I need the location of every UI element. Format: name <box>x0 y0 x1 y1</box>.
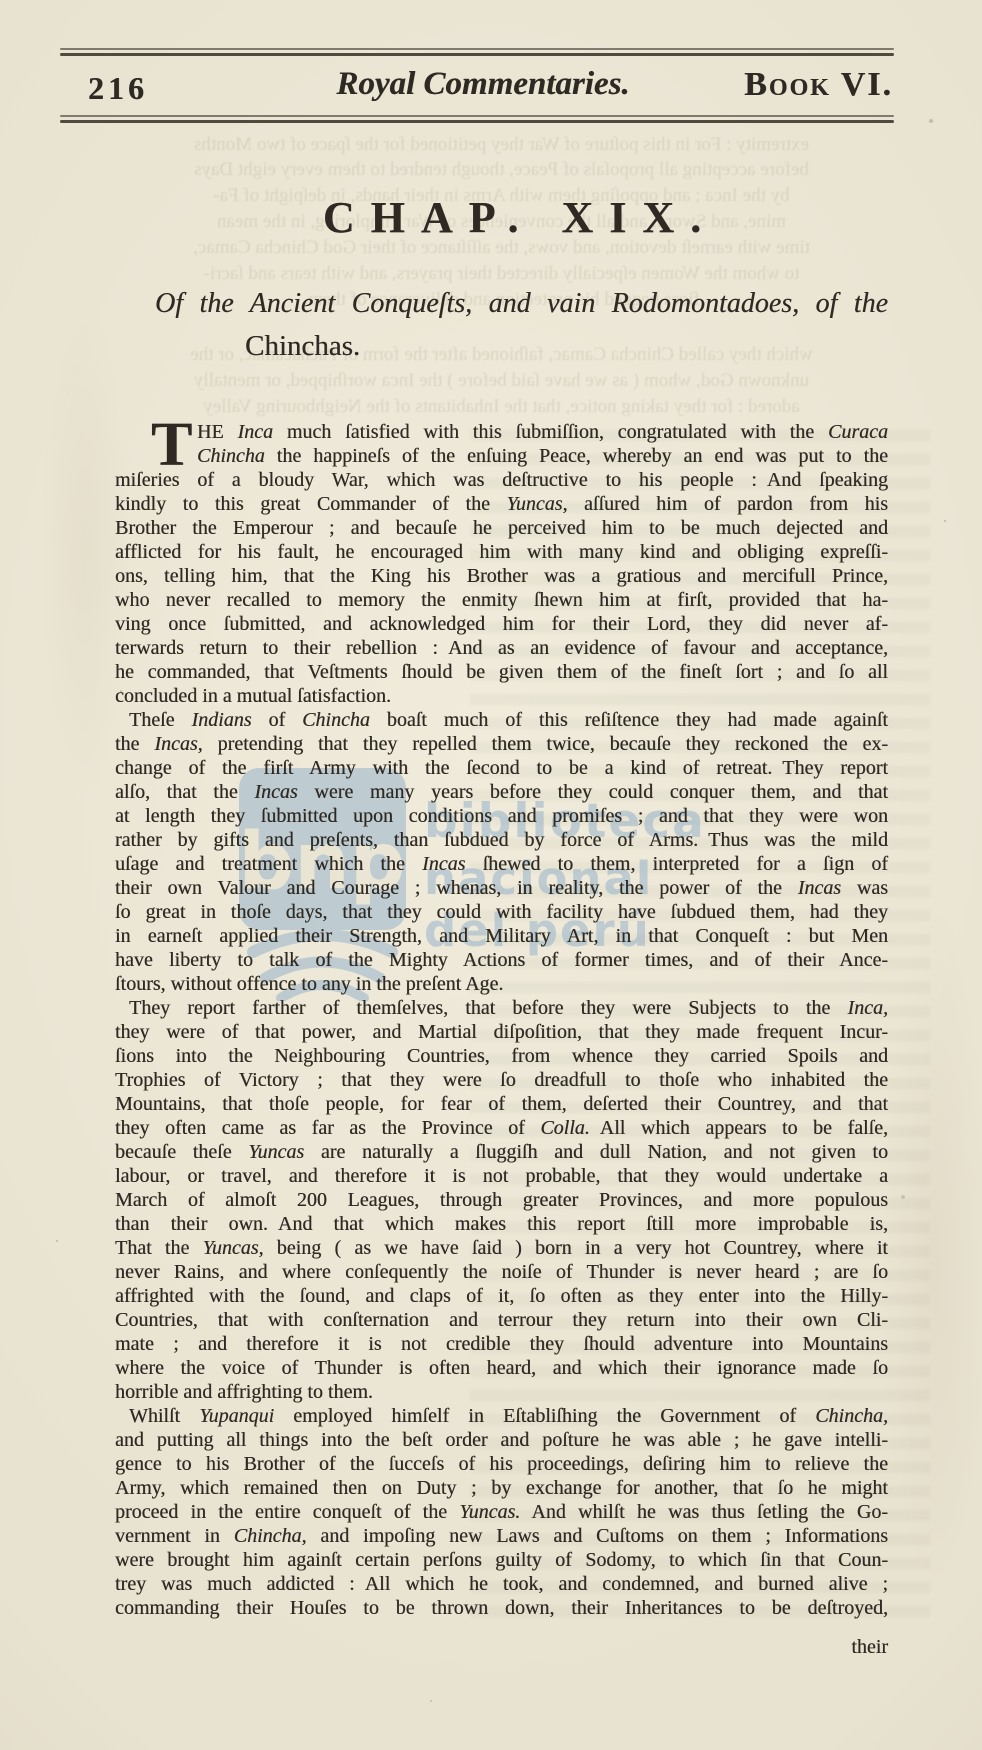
roman-text: Trophies of Victory ; that they were ſo … <box>115 1069 888 1091</box>
roman-text: was <box>841 877 888 899</box>
text-line: their own Valour and Courage ; whenas, i… <box>115 876 888 900</box>
text-line: vernment in Chincha, and impoſing new La… <box>115 1524 888 1548</box>
roman-text: ſhewed to them, interpreted for a ſign o… <box>465 853 888 875</box>
text-line: That the Yuncas, being ( as we have ſaid… <box>115 1236 888 1260</box>
text-line: ſions into the Neighbouring Countries, f… <box>115 1044 888 1068</box>
paper-specks <box>0 0 2 2</box>
chapter-title-line2: Chinchas. <box>115 330 360 363</box>
text-line: kindly to this great Commander of the Yu… <box>115 492 888 516</box>
text-line: Theſe Indians of Chincha boaſt much of t… <box>115 708 888 732</box>
roman-text: HE <box>197 421 238 443</box>
roman-text: gence to his Brother of the ſucceſs of h… <box>115 1453 888 1475</box>
italic-text: Indians <box>192 709 252 731</box>
roman-text: alſo, that the <box>115 781 254 803</box>
roman-text: have liberty to talk of the Mighty Actio… <box>115 949 888 971</box>
text-line: the Incas, pretending that they repelled… <box>115 732 888 756</box>
roman-text: pretending that they repelled them twice… <box>203 733 888 755</box>
italic-text: Chincha, <box>234 1525 307 1547</box>
roman-text: Mountains, that thoſe people, for fear o… <box>115 1093 888 1115</box>
text-line: alſo, that the Incas were many years bef… <box>115 780 888 804</box>
italic-text: Chincha <box>302 709 370 731</box>
roman-text: March of almoſt 200 Leagues, through gre… <box>115 1189 888 1211</box>
text-line: trey was much addicted : All which he to… <box>115 1572 888 1596</box>
roman-text: much ſatisfied with this ſubmiſſion, con… <box>273 421 828 443</box>
text-line: have liberty to talk of the Mighty Actio… <box>115 948 888 972</box>
text-line: gence to his Brother of the ſucceſs of h… <box>115 1452 888 1476</box>
roman-text: proceed in the entire conqueſt of the <box>115 1501 459 1523</box>
text-line: ons, telling him, that the King his Brot… <box>115 564 888 588</box>
roman-text: they often came as far as the Province o… <box>115 1117 540 1139</box>
bleedthrough-line: unknown God, whom ( as we have ſaid befo… <box>115 370 888 392</box>
roman-text: were many years before they could conque… <box>298 781 888 803</box>
text-line: ſtours, without offence to any in the pr… <box>115 972 888 996</box>
roman-text: All which appears to be falſe, <box>590 1117 888 1139</box>
text-line: where the voice of Thunder is often hear… <box>115 1356 888 1380</box>
text-line: rather by gifts and preſents, than ſubdu… <box>115 828 888 852</box>
roman-text: at length they ſubmitted upon conditions… <box>115 805 888 827</box>
roman-text: change of the firſt Army with the ſecond… <box>115 757 888 779</box>
text-line: and putting all things into the beſt ord… <box>115 1428 888 1452</box>
text-line: who never recalled to memory the enmity … <box>115 588 888 612</box>
italic-text: Chincha <box>197 445 265 467</box>
roman-text: their own Valour and Courage ; whenas, i… <box>115 877 798 899</box>
text-line: were brought him againſt certain perſons… <box>115 1548 888 1572</box>
roman-text: mate ; and therefore it is not credible … <box>115 1333 888 1355</box>
roman-text: kindly to this great Commander of the <box>115 493 507 515</box>
italic-text: Incas, <box>154 733 202 755</box>
roman-text: Theſe <box>129 709 192 731</box>
text-line: uſage and treatment which the Incas ſhew… <box>115 852 888 876</box>
text-line: Whilſt Yupanqui employed himſelf in Eſta… <box>115 1404 888 1428</box>
text-line: Mountains, that thoſe people, for fear o… <box>115 1092 888 1116</box>
roman-text: and putting all things into the beſt ord… <box>115 1429 888 1451</box>
roman-text: terwards return to their rebellion : And… <box>115 637 888 659</box>
roman-text: They report farther of themſelves, that … <box>129 997 847 1019</box>
text-line: HE Inca much ſatisfied with this ſubmiſſ… <box>115 420 888 444</box>
roman-text: Brother the Emperour ; and becauſe he pe… <box>115 517 888 539</box>
roman-text: aſſured him of pardon from his <box>567 493 888 515</box>
top-double-rule <box>60 48 894 56</box>
text-line: they often came as far as the Province o… <box>115 1116 888 1140</box>
bleedthrough-line: extremity : For in this poſture of War t… <box>115 134 888 156</box>
body-text: T HE Inca much ſatisfied with this ſubmi… <box>115 420 888 1620</box>
roman-text: horrible and affrighting to them. <box>115 1381 373 1403</box>
roman-text: are naturally a ſluggiſh and dull Nation… <box>304 1141 888 1163</box>
roman-text: Army, which remained then on Duty ; by e… <box>115 1477 888 1499</box>
roman-text: of <box>252 709 303 731</box>
book-page: extremity : For in this poſture of War t… <box>0 0 982 1750</box>
roman-text: where the voice of Thunder is often hear… <box>115 1357 888 1379</box>
text-line: They report farther of themſelves, that … <box>115 996 888 1020</box>
text-line: Army, which remained then on Duty ; by e… <box>115 1476 888 1500</box>
roman-text: Whilſt <box>129 1405 199 1427</box>
chapter-heading: CHAP. XIX. <box>58 192 982 243</box>
text-line: ſo great in thoſe days, that they could … <box>115 900 888 924</box>
roman-text: trey was much addicted : All which he to… <box>115 1573 888 1595</box>
text-line: afflicted for his fault, he encouraged h… <box>115 540 888 564</box>
text-line: Trophies of Victory ; that they were ſo … <box>115 1068 888 1092</box>
italic-text: Chincha, <box>815 1405 888 1427</box>
roman-text: Countries, that with conſternation and t… <box>115 1309 888 1331</box>
roman-text: ſo great in thoſe days, that they could … <box>115 901 888 923</box>
italic-text: Incas <box>798 877 841 899</box>
text-line: becauſe theſe Yuncas are naturally a ſlu… <box>115 1140 888 1164</box>
roman-text: concluded in a mutual ſatisfaction. <box>115 685 391 707</box>
drop-cap: T <box>151 423 192 467</box>
text-line: Chincha the happineſs of the enſuing Pea… <box>115 444 888 468</box>
text-line: change of the firſt Army with the ſecond… <box>115 756 888 780</box>
italic-text: Incas <box>422 853 465 875</box>
roman-text: miſeries of a bloudy War, which was deſt… <box>115 469 888 491</box>
text-line: never Rains, and where conſequently the … <box>115 1260 888 1284</box>
roman-text: being ( as we have ſaid ) born in a very… <box>264 1237 888 1259</box>
roman-text: the <box>115 733 154 755</box>
italic-text: Inca <box>238 421 274 443</box>
roman-text: rather by gifts and preſents, than ſubdu… <box>115 829 888 851</box>
roman-text: labour, or travel, and therefore it is n… <box>115 1165 888 1187</box>
roman-text: commanding their Houſes to be thrown dow… <box>115 1597 888 1619</box>
catchword: their <box>851 1636 888 1659</box>
text-line: miſeries of a bloudy War, which was deſt… <box>115 468 888 492</box>
roman-text: ſtours, without offence to any in the pr… <box>115 973 503 995</box>
text-line: terwards return to their rebellion : And… <box>115 636 888 660</box>
roman-text: ving once ſubmitted, and acknowledged hi… <box>115 613 888 635</box>
roman-text: they were of that power, and Martial diſ… <box>115 1021 888 1043</box>
text-line: proceed in the entire conqueſt of the Yu… <box>115 1500 888 1524</box>
italic-text: Incas <box>254 781 297 803</box>
italic-text: Yuncas, <box>203 1237 264 1259</box>
text-line: he commanded, that Veſtments ſhould be g… <box>115 660 888 684</box>
bleedthrough-line: adored : for they taking notice, that th… <box>115 396 888 418</box>
roman-text: and impoſing new Laws and Cuſtoms on the… <box>307 1525 888 1547</box>
header-double-rule <box>60 115 894 123</box>
roman-text: vernment in <box>115 1525 234 1547</box>
roman-text: boaſt much of this reſiſtence they had m… <box>370 709 888 731</box>
roman-text: he commanded, that Veſtments ſhould be g… <box>115 661 888 683</box>
roman-text: in earneſt applied their Strength, and M… <box>115 925 888 947</box>
text-line: at length they ſubmitted upon conditions… <box>115 804 888 828</box>
roman-text: becauſe theſe <box>115 1141 248 1163</box>
bleedthrough-line: to whom the Women eſpecially directed th… <box>115 263 888 285</box>
roman-text: afflicted for his fault, he encouraged h… <box>115 541 888 563</box>
book-label: Book VI. <box>744 66 893 104</box>
roman-text: never Rains, and where conſequently the … <box>115 1261 888 1283</box>
text-line: than their own. And that which makes thi… <box>115 1212 888 1236</box>
roman-text: employed himſelf in Eſtabliſhing the Gov… <box>274 1405 815 1427</box>
text-line: commanding their Houſes to be thrown dow… <box>115 1596 888 1620</box>
roman-text: than their own. And that which makes thi… <box>115 1213 888 1235</box>
roman-text: uſage and treatment which the <box>115 853 422 875</box>
chapter-title-line1: Of the Ancient Conqueſts, and vain Rodom… <box>115 288 888 320</box>
text-line: mate ; and therefore it is not credible … <box>115 1332 888 1356</box>
roman-text: who never recalled to memory the enmity … <box>115 589 888 611</box>
italic-text: Yuncas. <box>459 1501 520 1523</box>
text-line: in earneſt applied their Strength, and M… <box>115 924 888 948</box>
text-line: affrighted with the ſound, and claps of … <box>115 1284 888 1308</box>
italic-text: Yuncas <box>248 1141 304 1163</box>
roman-text: were brought him againſt certain perſons… <box>115 1549 888 1571</box>
italic-text: Curaca <box>828 421 888 443</box>
roman-text: ſions into the Neighbouring Countries, f… <box>115 1045 888 1067</box>
roman-text: ons, telling him, that the King his Brot… <box>115 565 888 587</box>
text-line: labour, or travel, and therefore it is n… <box>115 1164 888 1188</box>
roman-text: And whilſt he was thus ſetling the Go- <box>520 1501 888 1523</box>
text-line: Brother the Emperour ; and becauſe he pe… <box>115 516 888 540</box>
roman-text: affrighted with the ſound, and claps of … <box>115 1285 888 1307</box>
bleedthrough-line: before accepting all propoſals of Peace,… <box>115 159 888 181</box>
text-line: horrible and affrighting to them. <box>115 1380 888 1404</box>
roman-text: That the <box>115 1237 203 1259</box>
italic-text: Inca, <box>847 997 888 1019</box>
text-line: March of almoſt 200 Leagues, through gre… <box>115 1188 888 1212</box>
text-line: Countries, that with conſternation and t… <box>115 1308 888 1332</box>
italic-text: Yupanqui <box>199 1405 274 1427</box>
text-line: concluded in a mutual ſatisfaction. <box>115 684 888 708</box>
text-line: they were of that power, and Martial diſ… <box>115 1020 888 1044</box>
text-line: ving once ſubmitted, and acknowledged hi… <box>115 612 888 636</box>
italic-text: Colla. <box>540 1117 589 1139</box>
italic-text: Yuncas, <box>507 493 568 515</box>
roman-text: the happineſs of the enſuing Peace, wher… <box>265 445 888 467</box>
